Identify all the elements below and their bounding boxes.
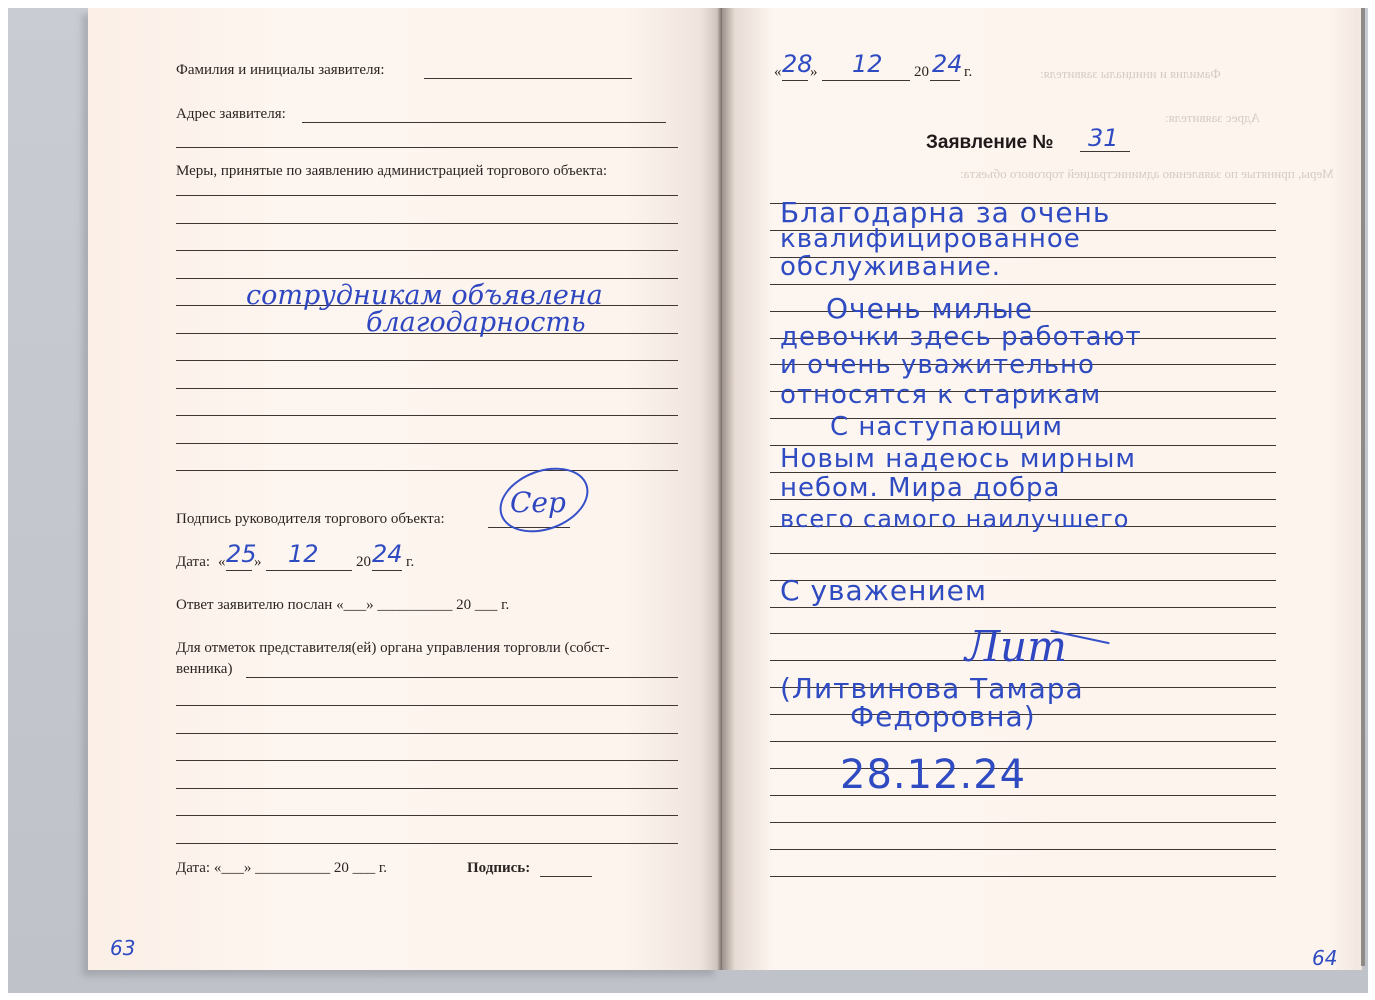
right-date-year-line xyxy=(930,80,960,81)
statement-line: С уважением xyxy=(780,574,987,607)
authority-notes-rule-line xyxy=(176,815,678,816)
statement-rule-line xyxy=(770,741,1276,742)
statement-title: Заявление № xyxy=(926,132,1054,154)
measures-rule-line xyxy=(176,223,678,224)
statement-rule-line xyxy=(770,553,1276,554)
bleed-through-text-3: Меры, принятые по заявлению администраци… xyxy=(960,166,1334,182)
statement-line: С наступающим xyxy=(830,412,1063,442)
statement-line: относятся к старикам xyxy=(780,380,1101,410)
date-month-line xyxy=(266,570,352,571)
measures-rule-line xyxy=(176,195,678,196)
date-close-quote: » xyxy=(254,554,262,571)
date-open-quote: « xyxy=(218,554,226,571)
authority-notes-rule-line xyxy=(176,788,678,789)
statement-rule-line xyxy=(770,284,1276,285)
page-edge xyxy=(1361,8,1365,966)
right-date-day: 28 xyxy=(782,50,813,78)
footer-date-label: Дата: «___» __________ 20 ___ г. xyxy=(176,860,387,877)
date-day-line xyxy=(226,570,252,571)
date-year-prefix: 20 xyxy=(356,554,371,571)
footer-signature-label: Подпись: xyxy=(467,860,530,877)
left-page xyxy=(88,8,720,970)
statement-line: обслуживание. xyxy=(780,252,1001,282)
applicant-address-line xyxy=(302,122,666,123)
statement-rule-line xyxy=(770,876,1276,877)
authority-notes-rule-line xyxy=(176,733,678,734)
measures-rule-line xyxy=(176,443,678,444)
applicant-name-label: Фамилия и инициалы заявителя: xyxy=(176,62,385,79)
authority-notes-label-1: Для отметок представителя(ей) органа упр… xyxy=(176,640,610,657)
statement-line: квалифицированное xyxy=(780,224,1081,254)
statement-rule-line xyxy=(770,822,1276,823)
right-date-close-quote: » xyxy=(810,64,818,81)
statement-rule-line xyxy=(770,849,1276,850)
authority-notes-rule-line xyxy=(176,705,678,706)
reply-sent-label: Ответ заявителю послан «___» __________ … xyxy=(176,597,509,614)
right-page-number: 64 xyxy=(1312,946,1337,970)
date-label: Дата: xyxy=(176,554,210,571)
applicant-address-line-2 xyxy=(176,147,678,148)
statement-line: девочки здесь работают xyxy=(780,322,1142,352)
statement-line: Новым надеюсь мирным xyxy=(780,444,1136,474)
authority-notes-rule-line xyxy=(176,843,678,844)
manager-signature: Сер xyxy=(510,486,566,519)
left-page-number: 63 xyxy=(110,936,135,960)
right-date-month-line xyxy=(822,80,910,81)
statement-number: 31 xyxy=(1088,124,1119,152)
statement-line: 28.12.24 xyxy=(840,752,1026,798)
statement-line: всего самого наилучшего xyxy=(780,505,1129,533)
statement-line: небом. Мира добра xyxy=(780,473,1060,503)
applicant-address-label: Адрес заявителя: xyxy=(176,106,286,123)
manager-signature-label: Подпись руководителя торгового объекта: xyxy=(176,511,445,528)
footer-signature-line xyxy=(540,876,592,877)
applicant-name-line xyxy=(424,78,632,79)
measures-label: Меры, принятые по заявлению администраци… xyxy=(176,163,607,180)
measures-rule-line xyxy=(176,360,678,361)
statement-line: и очень уважительно xyxy=(780,350,1095,380)
measures-rule-line xyxy=(176,388,678,389)
authority-notes-label-2: венника) xyxy=(176,661,232,678)
right-date-day-line xyxy=(782,80,808,81)
bleed-through-text-2: Адрес заявителя: xyxy=(1165,110,1260,126)
measures-rule-line xyxy=(176,415,678,416)
authority-notes-rule-line xyxy=(176,760,678,761)
measures-rule-line xyxy=(176,250,678,251)
date-year-value: 24 xyxy=(372,540,403,568)
date-year-line xyxy=(372,570,402,571)
right-date-month: 12 xyxy=(852,50,883,78)
statement-line: Федоровна) xyxy=(850,700,1036,733)
right-date-open-quote: « xyxy=(774,64,782,81)
authority-notes-line-0 xyxy=(246,677,678,678)
measures-rule-line xyxy=(176,470,678,471)
bleed-through-text-1: Фамилия и инициалы заявителя: xyxy=(1040,66,1221,82)
date-day-value: 25 xyxy=(226,540,257,568)
statement-line: Очень милые xyxy=(826,292,1033,325)
right-date-year: 24 xyxy=(932,50,963,78)
measures-rule-line xyxy=(176,278,678,279)
right-date-year-prefix: 20 xyxy=(914,64,929,81)
date-month-value: 12 xyxy=(288,540,319,568)
right-date-year-unit: г. xyxy=(964,64,972,81)
date-year-unit: г. xyxy=(406,554,414,571)
measures-handwritten-line-2: благодарность xyxy=(366,307,586,338)
